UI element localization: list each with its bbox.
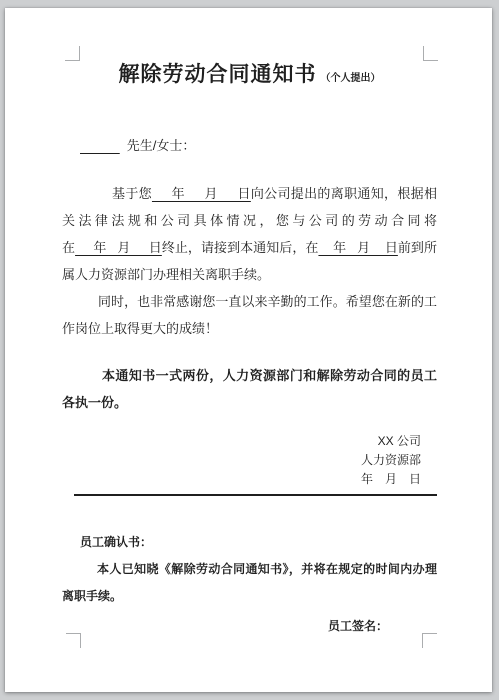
fill-in-blank-field: 年 月 日	[318, 240, 397, 255]
document-canvas: 解除劳动合同通知书（个人提出） 先生/女士： 基于您 年 月 日向公司提出的离职…	[0, 0, 499, 700]
paragraph-text: 基于您	[112, 186, 152, 201]
paragraph-text: 终止，请接到本通知后，在	[162, 240, 319, 255]
paragraph-copies: 本通知书一式两份，人力资源部门和解除劳动合同的员工各执一份。	[62, 362, 437, 416]
recipient-name-blank	[80, 138, 120, 153]
employee-signature-label: 员工签名：	[62, 613, 437, 640]
confirmation-heading: 员工确认书：	[62, 529, 437, 556]
signature-department: 人力资源部	[62, 451, 421, 470]
fill-in-blank-field: 年 月 日	[152, 186, 251, 201]
section-divider	[74, 494, 437, 496]
document-page: 解除劳动合同通知书（个人提出） 先生/女士： 基于您 年 月 日向公司提出的离职…	[5, 8, 492, 692]
title-note: （个人提出）	[321, 73, 381, 84]
document-content: 解除劳动合同通知书（个人提出） 先生/女士： 基于您 年 月 日向公司提出的离职…	[62, 8, 437, 640]
paragraph-thanks: 同时，也非常感谢您一直以来辛勤的工作。希望您在新的工作岗位上取得更大的成绩！	[62, 288, 437, 342]
fill-in-blank-field: 年 月 日	[75, 240, 162, 255]
confirmation-body: 本人已知晓《解除劳动合同通知书》，并将在规定的时间内办理离职手续。	[62, 556, 437, 610]
greeting-line: 先生/女士：	[62, 132, 437, 159]
signature-date-line: 年 月 日	[62, 470, 421, 489]
signature-block: XX 公司 人力资源部 年 月 日	[62, 432, 437, 489]
paragraph-termination-details: 基于您 年 月 日向公司提出的离职通知，根据相关法律法规和公司具体情况，您与公司…	[62, 180, 437, 288]
signature-company: XX 公司	[62, 432, 421, 451]
greeting-label: 先生/女士：	[127, 138, 196, 153]
title-text: 解除劳动合同通知书	[119, 63, 317, 86]
document-title: 解除劳动合同通知书（个人提出）	[62, 60, 437, 94]
